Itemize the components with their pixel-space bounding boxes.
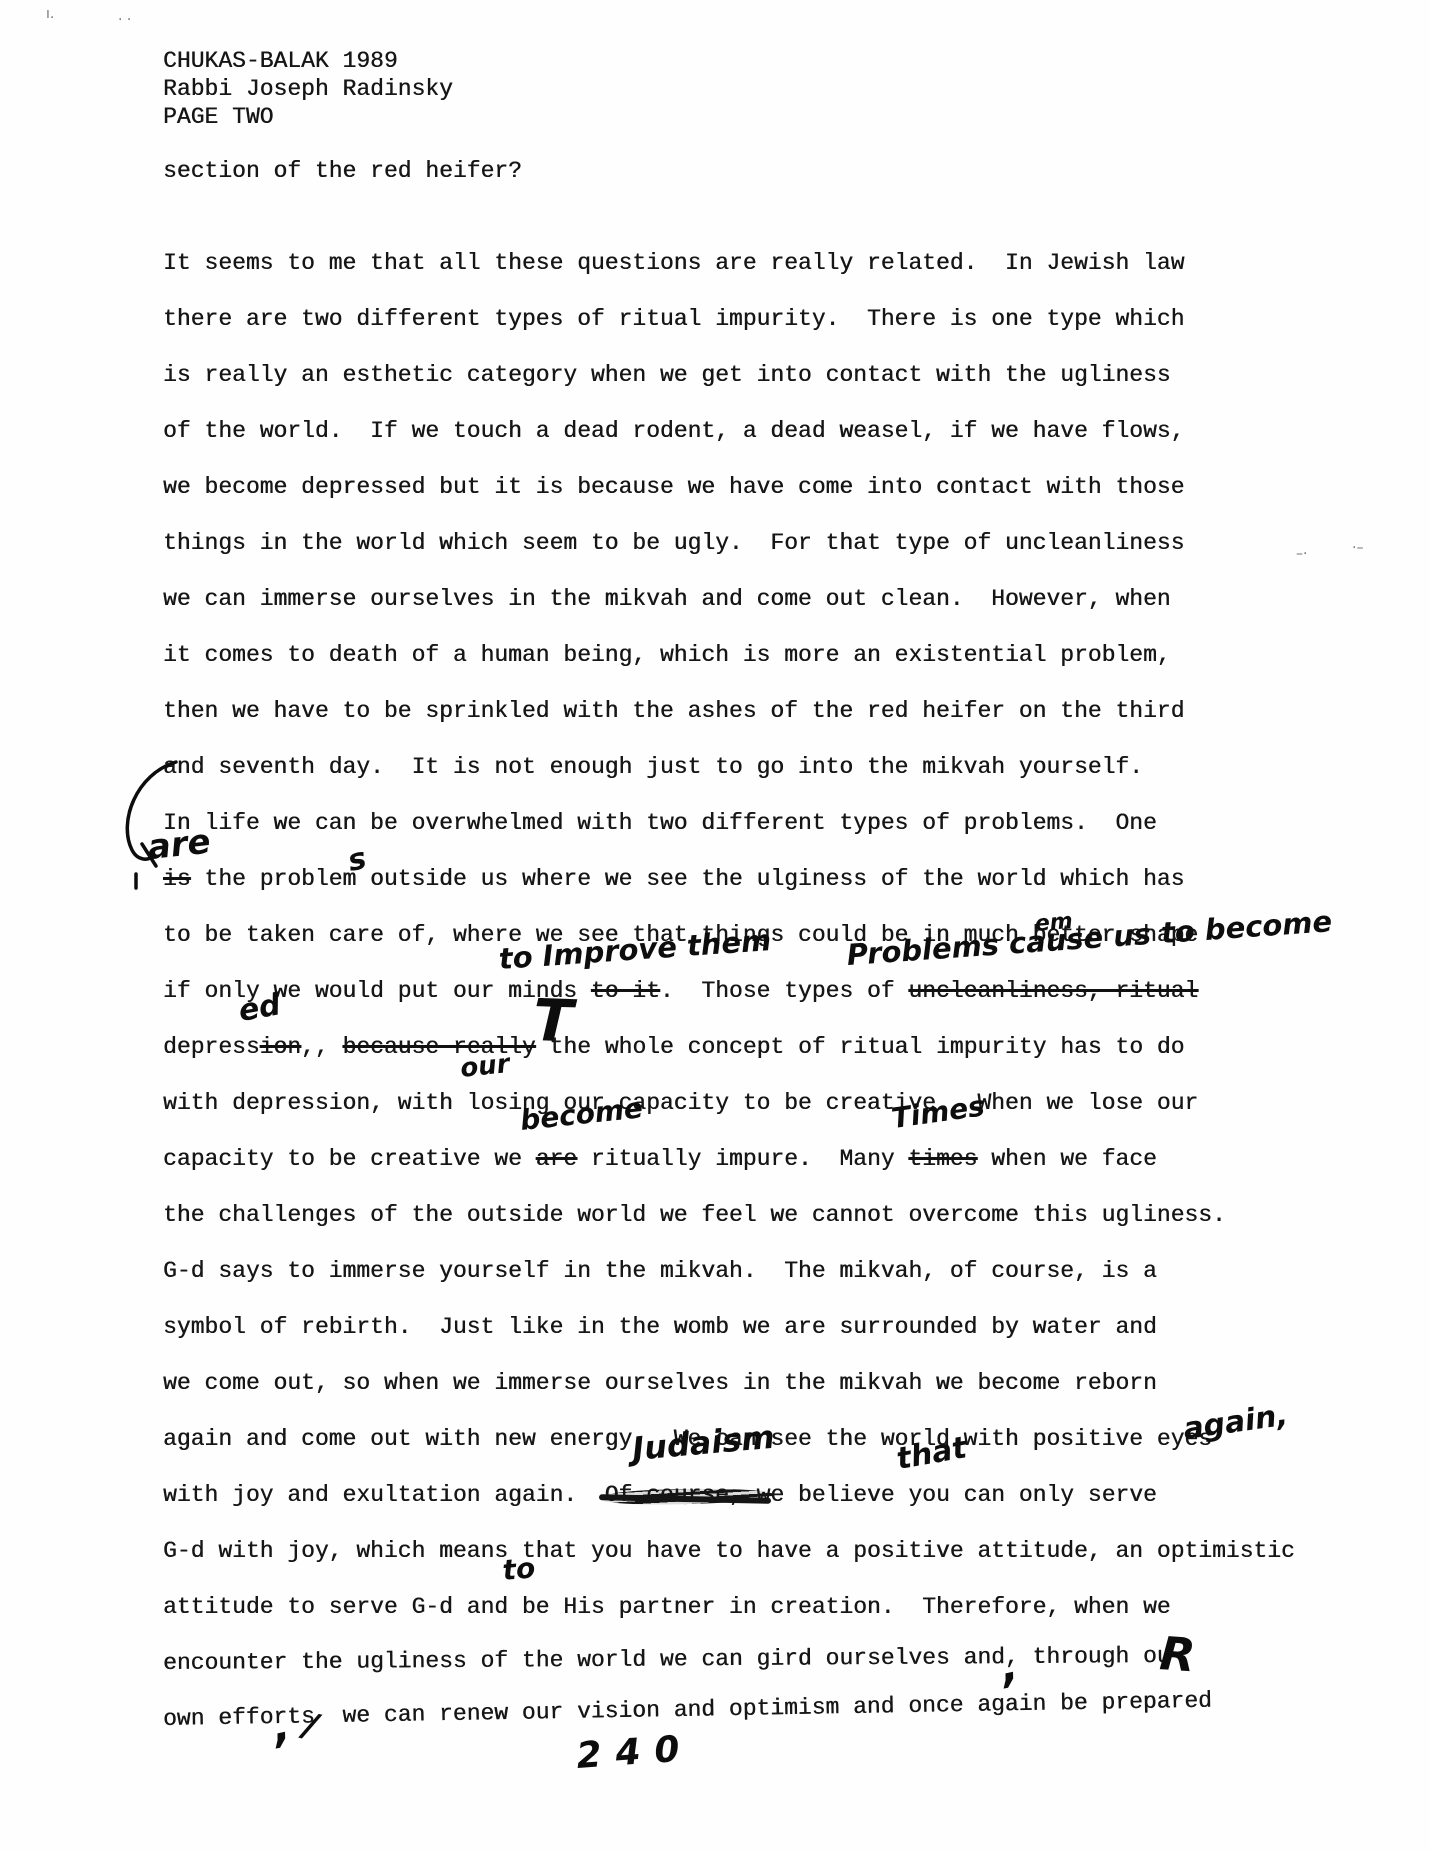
typed-line-16: with depression, with losing our capacit… (163, 1090, 1198, 1116)
handwritten-note: to (501, 1551, 536, 1587)
typed-text: It seems to me that all these questions … (163, 250, 1184, 276)
typed-text: ritually impure. Many (577, 1146, 908, 1172)
typed-line-7: we can immerse ourselves in the mikvah a… (163, 586, 1171, 612)
typed-line-11: In life we can be overwhelmed with two d… (163, 810, 1157, 836)
typed-text: . Those types of (660, 978, 908, 1004)
typed-line-15: depression,, because really the whole co… (163, 1034, 1184, 1060)
noise-speck: –· (1296, 546, 1307, 562)
typed-text: ,, (301, 1034, 342, 1060)
typed-text: encounter the ugliness of the world we c… (163, 1643, 1171, 1676)
typed-line-3: is really an esthetic category when we g… (163, 362, 1171, 388)
typed-line-6: things in the world which seem to be ugl… (163, 530, 1184, 556)
typed-text: capacity to be creative we (163, 1146, 536, 1172)
doc-page-label: PAGE TWO (163, 104, 273, 130)
typed-text: the problem outside us where we see the … (191, 866, 1185, 892)
noise-speck: ·– (1352, 540, 1363, 556)
typed-line-1: It seems to me that all these questions … (163, 250, 1184, 276)
typed-text: of the world. If we touch a dead rodent,… (163, 418, 1184, 444)
typed-text: is really an esthetic category when we g… (163, 362, 1171, 388)
typed-line-26: encounter the ugliness of the world we c… (163, 1643, 1171, 1676)
typed-text: then we have to be sprinkled with the as… (163, 698, 1184, 724)
scanned-document-page: CHUKAS-BALAK 1989 Rabbi Joseph Radinsky … (0, 0, 1430, 1851)
struck-out-text: times (908, 1146, 977, 1172)
typed-line-4: of the world. If we touch a dead rodent,… (163, 418, 1184, 444)
typed-text: attitude to serve G-d and be His partner… (163, 1594, 1171, 1620)
carryover-question-line: section of the red heifer? (163, 158, 522, 184)
typed-text: with depression, with losing our capacit… (163, 1090, 1198, 1116)
struck-out-text: ion (260, 1034, 301, 1060)
typed-text: there are two different types of ritual … (163, 306, 1184, 332)
typed-text: it comes to death of a human being, whic… (163, 642, 1171, 668)
typed-line-9: then we have to be sprinkled with the as… (163, 698, 1184, 724)
handwritten-note: T (532, 986, 574, 1055)
handwritten-note: R (1158, 1626, 1197, 1682)
typed-line-19: G-d says to immerse yourself in the mikv… (163, 1258, 1157, 1284)
typed-text: G-d with joy, which means that you have … (163, 1538, 1295, 1564)
typed-text: depress (163, 1034, 260, 1060)
typed-text: when we face (977, 1146, 1156, 1172)
typed-text: with joy and exultation again. (163, 1482, 605, 1508)
typed-text: the challenges of the outside world we f… (163, 1202, 1226, 1228)
scribbled-out-text: Of course, w (605, 1482, 771, 1508)
typed-line-24: G-d with joy, which means that you have … (163, 1538, 1295, 1564)
typed-line-12: is the problem outside us where we see t… (163, 866, 1184, 892)
typed-text: if only we would put our minds (163, 978, 591, 1004)
typed-text: we can immerse ourselves in the mikvah a… (163, 586, 1171, 612)
handwritten-note: em (1034, 909, 1074, 937)
typed-text: symbol of rebirth. Just like in the womb… (163, 1314, 1157, 1340)
handwritten-note: again, (1181, 1398, 1290, 1447)
handwritten-note: Problems cause us to become (846, 904, 1333, 972)
typed-line-21: we come out, so when we immerse ourselve… (163, 1370, 1157, 1396)
typed-text: and seventh day. It is not enough just t… (163, 754, 1143, 780)
handwritten-note: ed (236, 987, 283, 1029)
typed-line-17: capacity to be creative we are ritually … (163, 1146, 1157, 1172)
paragraph-insert-mark (112, 748, 192, 898)
typed-text: e believe you can only serve (770, 1482, 1156, 1508)
typed-text: we become depressed but it is because we… (163, 474, 1184, 500)
typed-line-23: with joy and exultation again. Of course… (163, 1482, 1157, 1508)
typed-line-20: symbol of rebirth. Just like in the womb… (163, 1314, 1157, 1340)
struck-out-text: uncleanliness, ritual (908, 978, 1198, 1004)
noise-speck: · · (118, 12, 131, 28)
typed-text: In life we can be overwhelmed with two d… (163, 810, 1157, 836)
typed-text: the whole concept of ritual impurity has… (536, 1034, 1185, 1060)
typed-line-8: it comes to death of a human being, whic… (163, 642, 1171, 668)
typed-line-14: if only we would put our minds to it. Th… (163, 978, 1198, 1004)
doc-author: Rabbi Joseph Radinsky (163, 76, 453, 102)
handwritten-note: our (459, 1049, 511, 1084)
typed-line-10: and seventh day. It is not enough just t… (163, 754, 1143, 780)
typed-text: things in the world which seem to be ugl… (163, 530, 1184, 556)
struck-out-text: are (536, 1146, 577, 1172)
typed-line-5: we become depressed but it is because we… (163, 474, 1184, 500)
typed-line-25: attitude to serve G-d and be His partner… (163, 1594, 1171, 1620)
typed-line-18: the challenges of the outside world we f… (163, 1202, 1226, 1228)
doc-title: CHUKAS-BALAK 1989 (163, 48, 398, 74)
typed-text: we come out, so when we immerse ourselve… (163, 1370, 1157, 1396)
typed-text: G-d says to immerse yourself in the mikv… (163, 1258, 1157, 1284)
typed-line-2: there are two different types of ritual … (163, 306, 1184, 332)
noise-speck: ı. (46, 6, 54, 22)
struck-out-text: to it (591, 978, 660, 1004)
handwritten-note: 240 (575, 1728, 695, 1777)
